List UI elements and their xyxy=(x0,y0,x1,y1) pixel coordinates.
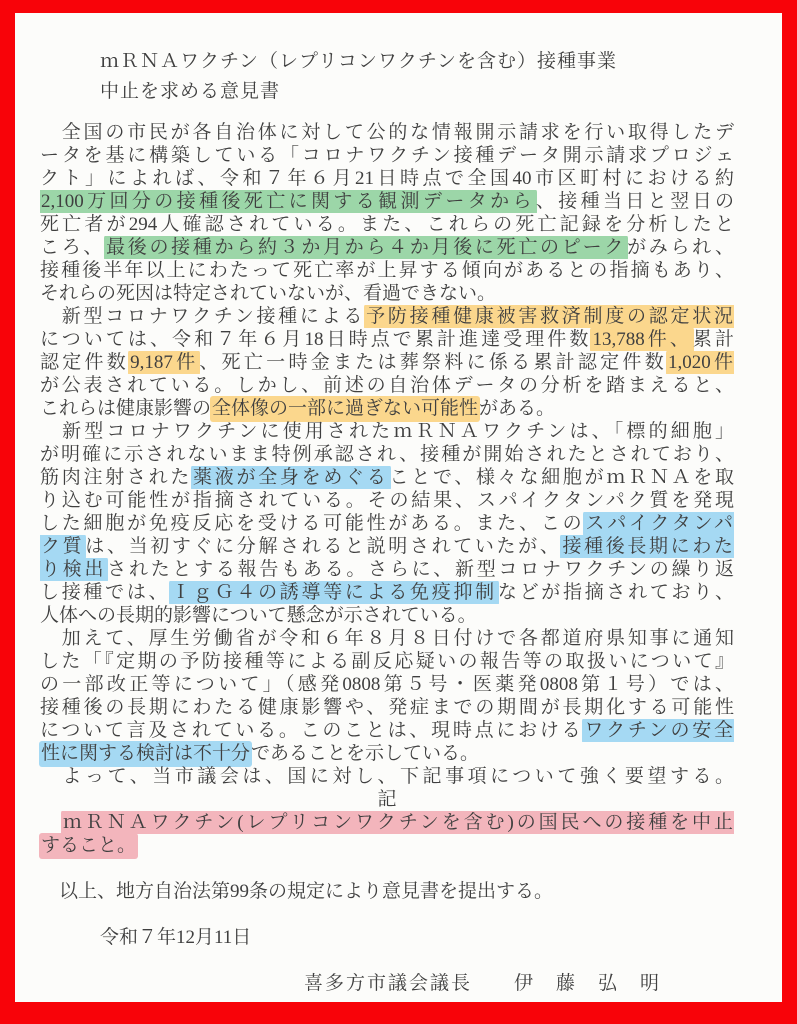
highlight-blue: 薬液が全身をめぐる xyxy=(191,466,391,489)
text-line: 接種後の長期にわたる健康影響や、発症までの期間が長期化する可能性 xyxy=(40,696,734,719)
text-line: ころ、最後の接種から約３か月から４か月後に死亡のピークがみられ、 xyxy=(40,236,734,259)
highlight-blue: り検出 xyxy=(40,558,108,581)
blank-line xyxy=(40,949,734,972)
scanned-document-page: ｍＲＮＡワクチン（レプリコンワクチンを含む）接種事業 中止を求める意見書 全国の… xyxy=(15,13,782,1002)
document-date: 令和７年12月11日 xyxy=(40,926,734,949)
text-line: 全国の市民が各自治体に対して公的な情報開示請求を行い取得したデ xyxy=(40,121,734,144)
text-segment: ことで、様々な細胞がｍＲＮＡを取 xyxy=(390,467,734,488)
text-segment: よって、当市議会は、国に対し、下記事項について強く要望する。 xyxy=(40,766,734,787)
highlight-yellow: 1,020件 xyxy=(666,351,734,374)
text-segment: した細胞が免疫反応を受ける可能性がある。また、この xyxy=(40,513,584,534)
text-segment xyxy=(40,812,62,833)
text-segment: し接種では、 xyxy=(40,582,170,603)
document-title-line1: ｍＲＮＡワクチン（レプリコンワクチンを含む）接種事業 xyxy=(100,47,734,77)
text-segment: 、死亡一時金または葬祭料に係る累計認定件数 xyxy=(199,352,667,373)
text-line: 人体への長期的影響について懸念が示されている。 xyxy=(40,604,734,627)
highlight-green: 最後の接種から約３か月から４か月後に死亡のピーク xyxy=(104,236,628,259)
text-segment: が公表されている。しかし、前述の自治体データの分析を踏まえると、 xyxy=(40,375,734,396)
text-line: ｍＲＮＡワクチン(レプリコンワクチンを含む)の国民への接種を中止 xyxy=(40,811,734,834)
text-line: 新型コロナワクチン接種による予防接種健康被害救済制度の認定状況 xyxy=(40,305,734,328)
text-line: 新型コロナワクチンに使用されたｍＲＮＡワクチンは、「標的細胞」 xyxy=(40,420,734,443)
text-segment: 、接種当日と翌日の xyxy=(536,191,734,212)
text-segment: 筋肉注射された xyxy=(40,467,192,488)
blank-line xyxy=(40,903,734,926)
highlight-yellow: 全体像の一部に過ぎない可能性 xyxy=(210,396,480,422)
text-segment: 新型コロナワクチンに使用されたｍＲＮＡワクチンは、「標的細胞」 xyxy=(40,421,734,442)
signature-line: 喜多方市議会議長 伊 藤 弘 明 xyxy=(40,972,734,995)
text-segment: り込む可能性が指摘されている。その結果、スパイクタンパク質を発現 xyxy=(40,490,734,511)
text-line: 死亡者が294人確認されている。また、これらの死亡記録を分析したと xyxy=(40,213,734,236)
text-line: については、令和７年６月18日時点で累計進達受理件数13,788件、累計 xyxy=(40,328,734,351)
text-segment: が明確に示されないまま特例承認され、接種が開始されたとされており、 xyxy=(40,444,734,465)
text-line: り検出されたとする報告もある。さらに、新型コロナワクチンの繰り返 xyxy=(40,558,734,581)
highlight-blue: ク質 xyxy=(40,535,86,558)
highlight-yellow: 9,187件 xyxy=(128,351,200,374)
highlight-blue: 性に関する検討は不十分 xyxy=(39,741,252,767)
text-line: した「『定期の予防接種等による副反応疑いの報告等の取扱いについて』 xyxy=(40,650,734,673)
text-line: 2,100万回分の接種後死亡に関する観測データから、接種当日と翌日の xyxy=(40,190,734,213)
highlight-pink: ｍＲＮＡワクチン(レプリコンワクチンを含む)の国民への接種を中止 xyxy=(61,811,734,834)
text-line: について言及されている。このことは、現時点におけるワクチンの安全 xyxy=(40,719,734,742)
text-line: ク質は、当初すぐに分解されると説明されていたが、接種後長期にわた xyxy=(40,535,734,558)
highlight-pink: すること。 xyxy=(39,833,138,859)
text-line: り込む可能性が指摘されている。その結果、スパイクタンパク質を発現 xyxy=(40,489,734,512)
text-line: クト」によれば、令和７年６月21日時点で全国40市区町村における約 xyxy=(40,167,734,190)
text-segment: 死亡者が294人確認されている。また、これらの死亡記録を分析したと xyxy=(40,214,734,235)
text-segment: 記 xyxy=(377,789,396,810)
text-segment: 以上、地方自治法第99条の規定により意見書を提出する。 xyxy=(40,881,553,902)
text-line: すること。 xyxy=(40,834,734,857)
highlight-blue: スパイクタンパ xyxy=(583,512,734,535)
text-line: した細胞が免疫反応を受ける可能性がある。また、このスパイクタンパ xyxy=(40,512,734,535)
text-line: 認定件数9,187件、死亡一時金または葬祭料に係る累計認定件数1,020件 xyxy=(40,351,734,374)
text-segment: 接種後半年以上にわたって死亡率が上昇する傾向があるとの指摘もあり、 xyxy=(40,260,734,281)
red-border-frame: { "page": { "border_color": "#f80309", "… xyxy=(0,0,797,1024)
text-segment: の一部改正等について」（感発0808第５号・医薬発0808第１号）では、 xyxy=(40,674,734,695)
text-line: 以上、地方自治法第99条の規定により意見書を提出する。 xyxy=(40,880,734,903)
text-segment: 人体への長期的影響について懸念が示されている。 xyxy=(40,605,477,626)
text-segment: 認定件数 xyxy=(40,352,129,373)
text-segment: 令和７年12月11日 xyxy=(100,927,251,948)
text-line: よって、当市議会は、国に対し、下記事項について強く要望する。 xyxy=(40,765,734,788)
text-segment: それらの死因は特定されていないが、看過できない。 xyxy=(40,283,496,304)
text-segment: 加えて、厚生労働省が令和６年８月８日付けで各都道府県知事に通知 xyxy=(40,628,734,649)
highlight-yellow: 予防接種健康被害救済制度の認定状況 xyxy=(364,305,734,328)
text-line: 接種後半年以上にわたって死亡率が上昇する傾向があるとの指摘もあり、 xyxy=(40,259,734,282)
text-segment: 喜多方市議会議長 伊 藤 弘 明 xyxy=(304,973,661,994)
record-marker: 記 xyxy=(40,788,734,811)
highlight-yellow: 13,788件、 xyxy=(590,328,693,351)
highlight-green: 2,100万回分の接種後死亡に関する観測データから xyxy=(40,190,537,213)
text-segment: これらは健康影響の xyxy=(40,398,211,419)
text-line: これらは健康影響の全体像の一部に過ぎない可能性がある。 xyxy=(40,397,734,420)
text-segment: クト」によれば、令和７年６月21日時点で全国40市区町村における約 xyxy=(40,168,734,189)
text-segment: であることを示している。 xyxy=(251,743,479,764)
text-line: 性に関する検討は不十分であることを示している。 xyxy=(40,742,734,765)
text-line: の一部改正等について」（感発0808第５号・医薬発0808第１号）では、 xyxy=(40,673,734,696)
text-segment: ータを基に構築している「コロナワクチン接種データ開示請求プロジェ xyxy=(40,145,734,166)
highlight-blue: ワクチンの安全 xyxy=(582,719,734,742)
document-body: 全国の市民が各自治体に対して公的な情報開示請求を行い取得したデータを基に構築して… xyxy=(40,121,734,995)
text-segment: されたとする報告もある。さらに、新型コロナワクチンの繰り返 xyxy=(107,559,734,580)
text-segment: などが指摘されており、 xyxy=(498,582,734,603)
document-title: ｍＲＮＡワクチン（レプリコンワクチンを含む）接種事業 中止を求める意見書 xyxy=(40,47,734,107)
text-segment: 接種後の長期にわたる健康影響や、発症までの期間が長期化する可能性 xyxy=(40,697,734,718)
text-line: ータを基に構築している「コロナワクチン接種データ開示請求プロジェ xyxy=(40,144,734,167)
text-line: が明確に示されないまま特例承認され、接種が開始されたとされており、 xyxy=(40,443,734,466)
text-segment: した「『定期の予防接種等による副反応疑いの報告等の取扱いについて』 xyxy=(40,651,734,672)
text-segment: がある。 xyxy=(479,398,555,419)
text-segment: は、当初すぐに分解されると説明されていたが、 xyxy=(85,536,561,557)
text-segment: について言及されている。このことは、現時点における xyxy=(40,720,583,741)
text-segment: 全国の市民が各自治体に対して公的な情報開示請求を行い取得したデ xyxy=(40,122,734,143)
document-title-line2: 中止を求める意見書 xyxy=(100,77,734,107)
highlight-blue: ＩｇＧ４の誘導等による免疫抑制 xyxy=(169,581,499,604)
text-segment: については、令和７年６月18日時点で累計進達受理件数 xyxy=(40,329,591,350)
text-segment: 累計 xyxy=(693,329,734,350)
text-line: 筋肉注射された薬液が全身をめぐることで、様々な細胞がｍＲＮＡを取 xyxy=(40,466,734,489)
text-line: し接種では、ＩｇＧ４の誘導等による免疫抑制などが指摘されており、 xyxy=(40,581,734,604)
text-segment: 新型コロナワクチン接種による xyxy=(40,306,365,327)
highlight-blue: 接種後長期にわた xyxy=(560,535,734,558)
text-line: 加えて、厚生労働省が令和６年８月８日付けで各都道府県知事に通知 xyxy=(40,627,734,650)
blank-line xyxy=(40,857,734,880)
text-segment: がみられ、 xyxy=(627,237,734,258)
text-line: が公表されている。しかし、前述の自治体データの分析を踏まえると、 xyxy=(40,374,734,397)
text-line: それらの死因は特定されていないが、看過できない。 xyxy=(40,282,734,305)
text-segment: ころ、 xyxy=(40,237,105,258)
